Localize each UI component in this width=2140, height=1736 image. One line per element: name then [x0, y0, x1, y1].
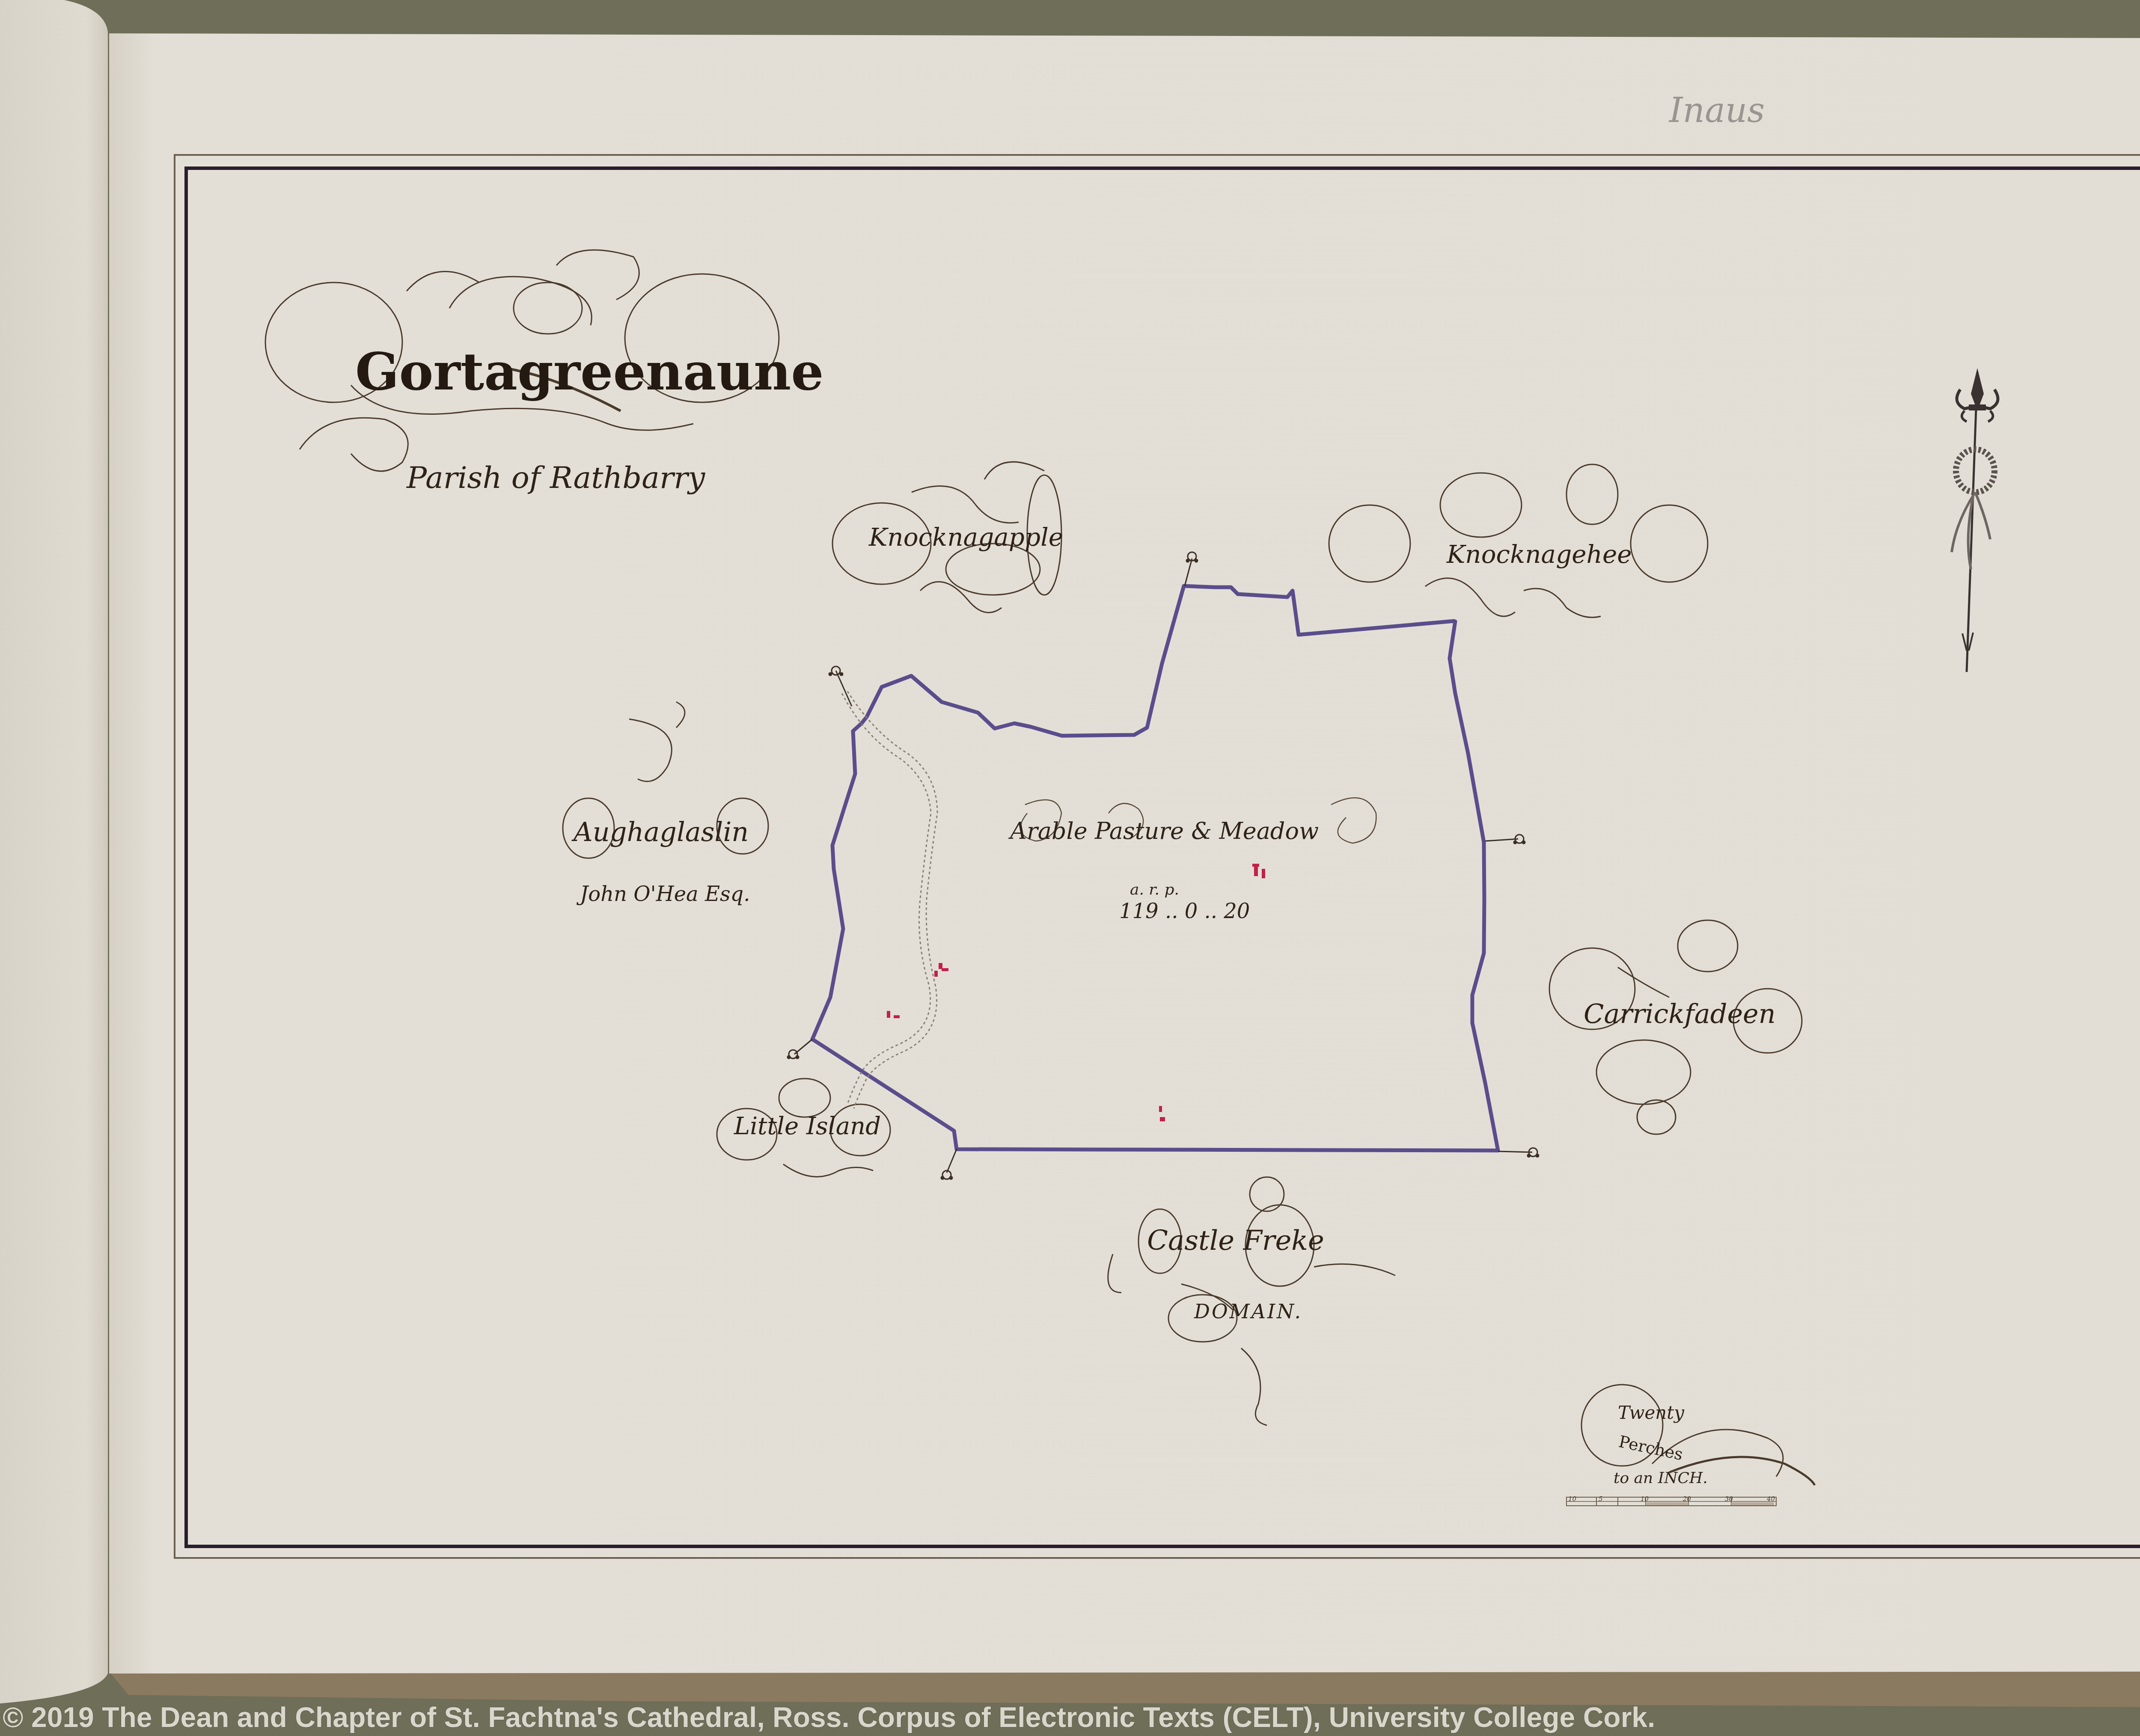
- map-page: 5 Inaus Gortagreenaune Parish of Rathbar…: [0, 0, 2140, 1736]
- label-little-island: Little Island: [734, 1112, 881, 1140]
- label-domain: DOMAIN.: [1194, 1300, 1302, 1323]
- scale-tick: 30: [1725, 1495, 1733, 1503]
- building-icon: [1254, 867, 1258, 876]
- label-castle-freke: Castle Freke: [1147, 1225, 1324, 1257]
- scale-tick: 40: [1766, 1495, 1775, 1503]
- map-subtitle: Parish of Rathbarry: [406, 460, 706, 495]
- pencil-note: Inaus: [1668, 90, 1765, 130]
- scale-tick: 10: [1568, 1495, 1577, 1503]
- building-icon: [887, 1011, 890, 1018]
- label-aughaglaslin: Aughaglaslin: [571, 816, 749, 847]
- scale-tick: 20: [1682, 1495, 1691, 1503]
- label-knocknagehee: Knocknagehee: [1446, 540, 1632, 569]
- building-icon: [942, 968, 948, 971]
- scale-tick: 5: [1599, 1495, 1603, 1503]
- label-carrickfadeen: Carrickfadeen: [1584, 998, 1776, 1029]
- parcel-area: 119 .. 0 .. 20: [1119, 899, 1250, 923]
- building-icon: [1159, 1106, 1162, 1112]
- copyright-caption: © 2019 The Dean and Chapter of St. Facht…: [0, 1701, 2140, 1733]
- parcel-label: Arable Pasture & Meadow: [1008, 817, 1319, 844]
- building-icon: [1160, 1117, 1165, 1121]
- building-icon: [1252, 864, 1259, 867]
- building-icon: [934, 971, 938, 977]
- building-icon: [939, 963, 942, 969]
- scale-tick: 10: [1641, 1495, 1649, 1503]
- left-page: [0, 0, 108, 1703]
- scale-line-3: to an INCH.: [1614, 1469, 1708, 1487]
- main-page: [109, 33, 2140, 1674]
- building-icon: [894, 1015, 900, 1018]
- parcel-units-header: a. r. p.: [1130, 881, 1179, 898]
- scale-line-1: Twenty: [1618, 1402, 1685, 1423]
- label-knocknagapple: Knocknagapple: [868, 523, 1063, 552]
- building-icon: [1262, 869, 1265, 878]
- label-landowner: John O'Hea Esq.: [576, 882, 750, 906]
- map-title: Gortagreenaune: [355, 342, 824, 402]
